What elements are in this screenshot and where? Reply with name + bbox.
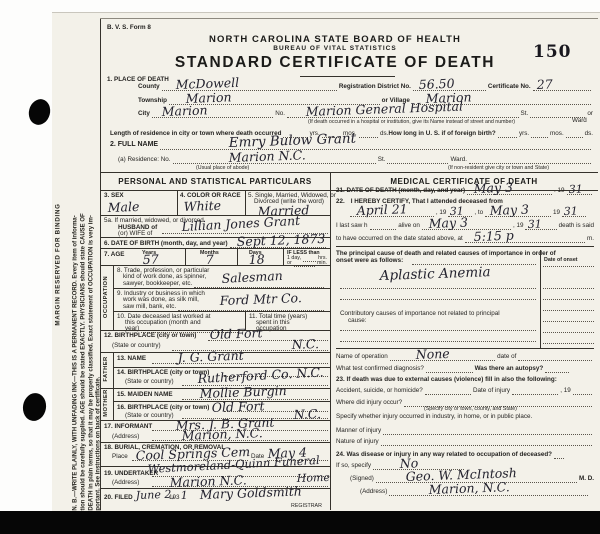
dod-label: 21. DATE OF DEATH (month, day, and year) [336,187,465,194]
county-label: County [138,83,160,90]
informant-addr-value: Marion, N.C. [181,425,262,443]
residence-value: Marion N.C. [229,147,306,165]
lastsaw-19-label: , 19 [513,222,524,229]
test-label: What test confirmed diagnosis? [336,365,424,372]
mother-bp-value: Old Fort [211,398,264,415]
township-label: Township [138,97,167,104]
dod-year-value: 31 [568,183,582,196]
cause-line1 [340,288,536,289]
occupation-side-label: OCCUPATION [103,267,109,327]
specify-city-note: (Specify city or town, county, and State… [424,406,517,412]
birthplace-state-value: N.C. [291,336,319,352]
dod-value: May 3 [473,180,513,196]
full-name-row: 2. FULL NAME Emry Bulow Grant [110,141,593,150]
contributory-line2 [340,341,536,342]
hospital-note: (If death occurred in a hospital or inst… [308,119,515,125]
mother-bp-label: 16. BIRTHPLACE (city or town) [117,404,209,411]
ds-label: ds. [380,130,388,137]
onset-line5 [543,332,594,333]
trade-value: Salesman [221,268,283,286]
bureau-title: BUREAU OF VITAL STATISTICS [160,45,510,52]
race-marital-divider [245,190,246,215]
city-value: Marion [161,102,207,119]
lastsaw-blank [370,221,397,230]
sex-race-divider [177,190,178,215]
filed-year-value: 1 [181,489,188,502]
institution-line: Marion General Hospital [287,109,519,118]
specify-place-label: Specify whether injury occurred in indus… [336,413,532,420]
city-label: City [138,110,150,117]
trade-label3: sawyer, bookkeeper, etc. [123,280,192,287]
onset-line2 [543,299,594,300]
onset-line1 [543,288,594,289]
onset-line3 [543,310,594,311]
onset-line4 [543,321,594,322]
test-row: What test confirmed diagnosis? Was there… [336,364,594,373]
row6-rule [100,248,330,249]
lastsaw-label1: I last saw h [336,222,368,229]
injury-year-line [573,386,592,395]
from-date-line: April 21 [350,208,434,217]
physician-address-row: (Address) Marion, N.C. [360,487,590,496]
residence-st-line [387,155,448,164]
onset-header-line [543,266,594,267]
certificate-stamp-number: 150 [533,42,572,62]
column-divider [330,172,331,510]
md-label: M. D. [579,475,594,482]
certno-value: 27 [537,76,553,92]
undertaker-home-value: Home [297,471,331,485]
m-label: m. [587,235,594,242]
dod-year-line: 31 [567,186,592,195]
foreign-label: How long in U. S. if of foreign birth? [388,130,495,137]
age-label: 7. AGE [104,251,124,258]
cause-section-rule [336,348,594,349]
to-year-value: 31 [563,205,577,218]
lastsaw-year-value: 31 [527,218,541,231]
certificate-title: STANDARD CERTIFICATE OF DEATH [140,54,530,72]
related-line [554,450,563,459]
burial-place-label: Place [112,453,128,460]
date-of-label: date of [497,353,516,360]
dob-label: 6. DATE OF BIRTH (month, day, and year) [104,240,228,247]
industry-value: Ford Mtr Co. [219,290,302,308]
ifless-min-row: or min. [287,260,327,267]
registrar-label: REGISTRAR [291,503,322,509]
district-label: Registration District No. [339,83,411,90]
board-title: NORTH CAROLINA STATE BOARD OF HEALTH [160,34,510,45]
row9-rule [113,311,330,312]
city-line: Marion [152,109,273,118]
foreign-mos-label: mos. [550,130,564,137]
to-19-label: 19 [553,209,560,216]
contributory-label2: cause: [348,317,367,324]
father-strip-line [113,352,114,388]
hole-punch-bottom [21,391,49,423]
occurred-row: to have occurred on the date stated abov… [336,234,594,243]
mother-bp-state-label: (State or country) [125,412,174,419]
foreign-yrs-label: yrs. [519,130,529,137]
city-row: City Marion No. Marion General Hospital … [138,109,593,118]
injury-19-label: , 19 [560,387,571,394]
sex-value: Male [107,199,139,215]
margin-nb-line2: tion should be carefully supplied. AGE s… [80,21,88,511]
accident-row: Accident, suicide, or homicide? Date of … [336,386,594,395]
section-top-rule [100,172,598,173]
operation-date-line [518,352,592,361]
father-bp-state-label: (State or country) [125,378,174,385]
scan-edge-band [0,511,600,534]
certno-label: Certificate No. [488,83,531,90]
to-date-value: May 3 [490,202,530,218]
age-div2 [237,248,238,265]
informant-label: 17. INFORMANT [104,423,152,430]
hole-punch-top [26,97,53,128]
lastsaw-label2: alive on [398,222,420,229]
dob-value: Sept 12, 1873 [237,231,326,249]
nature-label: Nature of injury [336,438,379,445]
where-injury-label: Where did injury occur? [336,399,402,406]
physician-addr-line: Marion, N.C. [389,487,588,496]
certify-number: 22. [336,198,345,205]
full-name-label: 2. FULL NAME [110,141,158,149]
manner-row: Manner of injury [336,426,594,435]
father-name-label: 13. NAME [117,355,146,362]
nature-line [381,437,592,446]
injury-date-line [512,386,558,395]
nonresident-note: (If non-resident give city or town and S… [448,165,549,171]
row8-rule [113,288,330,289]
attended-dates-row: April 21 , 19 31 , to May 3 19 31 [348,208,588,217]
related-label: 24. Was disease or injury in any way rel… [336,451,552,458]
occurred-label: to have occurred on the date stated abov… [336,235,463,242]
dob-line: Sept 12, 1873 [230,239,326,248]
margin-nb-line1: N. B.—WRITE PLAINLY, WITH UNFADING INK—T… [72,21,80,511]
autopsy-label: Was there an autopsy? [475,365,544,372]
residence-line: Marion N.C. [173,155,376,164]
date-of-death-row: 21. DATE OF DEATH (month, day, and year)… [336,186,594,195]
autopsy-line [545,364,568,373]
father-bp-label: 14. BIRTHPLACE (city or town) [117,369,209,376]
row17-rule [100,442,330,443]
dob-row: 6. DATE OF BIRTH (month, day, and year) … [104,239,328,248]
physician-address: Marion, N.C. [429,479,510,497]
accident-label: Accident, suicide, or homicide? [336,387,423,394]
contributory-line1 [340,330,536,331]
nature-row: Nature of injury [336,437,594,446]
mother-strip-line [113,388,114,420]
lastsaw-year-line: 31 [525,221,556,230]
certno-line: 27 [533,82,591,91]
foreign-mos-line [531,129,548,138]
title-rule [300,76,395,77]
death-certificate-scan: MARGIN RESERVED FOR BINDING N. B.—WRITE … [0,0,600,534]
last-saw-row: I last saw h alive on May 3 , 19 31 deat… [336,221,594,230]
filed-label: 20. FILED [104,494,133,501]
informant-addr-label: (Address) [112,433,139,440]
residence-ward-line [469,155,591,164]
signed-label: (Signed) [350,475,374,482]
to-label: , to [474,209,483,216]
injury-date-label: Date of injury [473,387,510,394]
industry-label3: saw mill, bank, etc. [123,303,176,310]
medical-section-title: MEDICAL CERTIFICATE OF DEATH [330,177,598,186]
residence-row: (a) Residence: No. Marion N.C. St. Ward. [118,155,593,164]
length-ds-line [359,129,378,138]
dod-line: May 3 [467,186,552,195]
birthplace-label: 12. BIRTHPLACE (city or town) [104,332,196,339]
cause-line2 [340,299,536,300]
filed-year-prefix: 193 [169,494,180,501]
operation-row: Name of operation None date of [336,352,594,361]
onset-line6 [543,343,594,344]
lastsaw-label3: death is said [559,222,594,229]
county-line: McDowell [162,82,337,91]
mother-name-label: 15. MAIDEN NAME [117,391,173,398]
age-div3 [283,248,284,265]
sex-label: 3. SEX [104,192,124,199]
margin-nb-line3: DEATH in plain terms, so that it may be … [88,21,96,511]
undertaker-addr-label: (Address) [112,479,139,486]
foreign-ds-line [566,129,583,138]
residence-label: (a) Residence: No. [118,156,171,163]
onset-column-line [540,250,541,348]
street-no-label: No. [275,110,285,117]
to-date-line: May 3 [485,208,551,217]
manner-label: Manner of injury [336,427,381,434]
father-name-value: J. G. Grant [177,348,243,365]
accident-line [425,386,471,395]
birthplace-state-label: (State or country) [112,342,161,349]
form-number: B. V. S. Form 8 [107,24,151,31]
related-row: 24. Was disease or injury in any way rel… [336,450,594,459]
onset-label: Date of onset [544,257,578,263]
residence-st-label: St. [378,156,386,163]
occurred-time-line: 5:15 p [465,234,585,243]
certify-bottom-rule [336,246,594,247]
form-top-border [100,18,598,19]
occurred-time-value: 5:15 p [474,228,515,244]
personal-section-title: PERSONAL AND STATISTICAL PARTICULARS [100,177,330,186]
physician-addr-label: (Address) [360,488,387,495]
margin-binding-note: MARGIN RESERVED FOR BINDING [55,195,62,335]
operation-label: Name of operation [336,353,388,360]
foreign-ds-label: ds. [585,130,593,137]
abode-note: (Usual place of abode) [196,165,249,171]
st-label: St. [521,110,529,117]
test-line [426,364,473,373]
ifso-label: If so, specify [336,462,371,469]
occupation-strip-line [113,265,114,330]
residence-ward-label: Ward. [450,156,467,163]
operation-line: None [390,352,495,361]
from-date-value: April 21 [356,201,407,218]
or-label: or [587,110,593,117]
form-left-border [100,18,101,510]
row7-rule [100,265,330,266]
full-name-line: Emry Bulow Grant [160,141,591,150]
birthplace-value: Old Fort [209,325,262,342]
manner-line [383,426,592,435]
ward-label: Ward [572,117,587,124]
foreign-yrs-line [498,129,517,138]
margin-nb-note: N. B.—WRITE PLAINLY, WITH UNFADING INK—T… [72,21,103,511]
to-year-line: 31 [562,208,586,217]
principal-cause-label2: onset were as follows: [336,257,403,264]
external-causes-label: 23. If death was due to external causes … [336,376,557,383]
lastsaw-date-value: May 3 [429,215,469,231]
operation-value: None [416,346,450,362]
age-div1 [185,248,186,265]
dod-19-label: . 19 [554,187,565,194]
race-value: White [183,198,221,214]
